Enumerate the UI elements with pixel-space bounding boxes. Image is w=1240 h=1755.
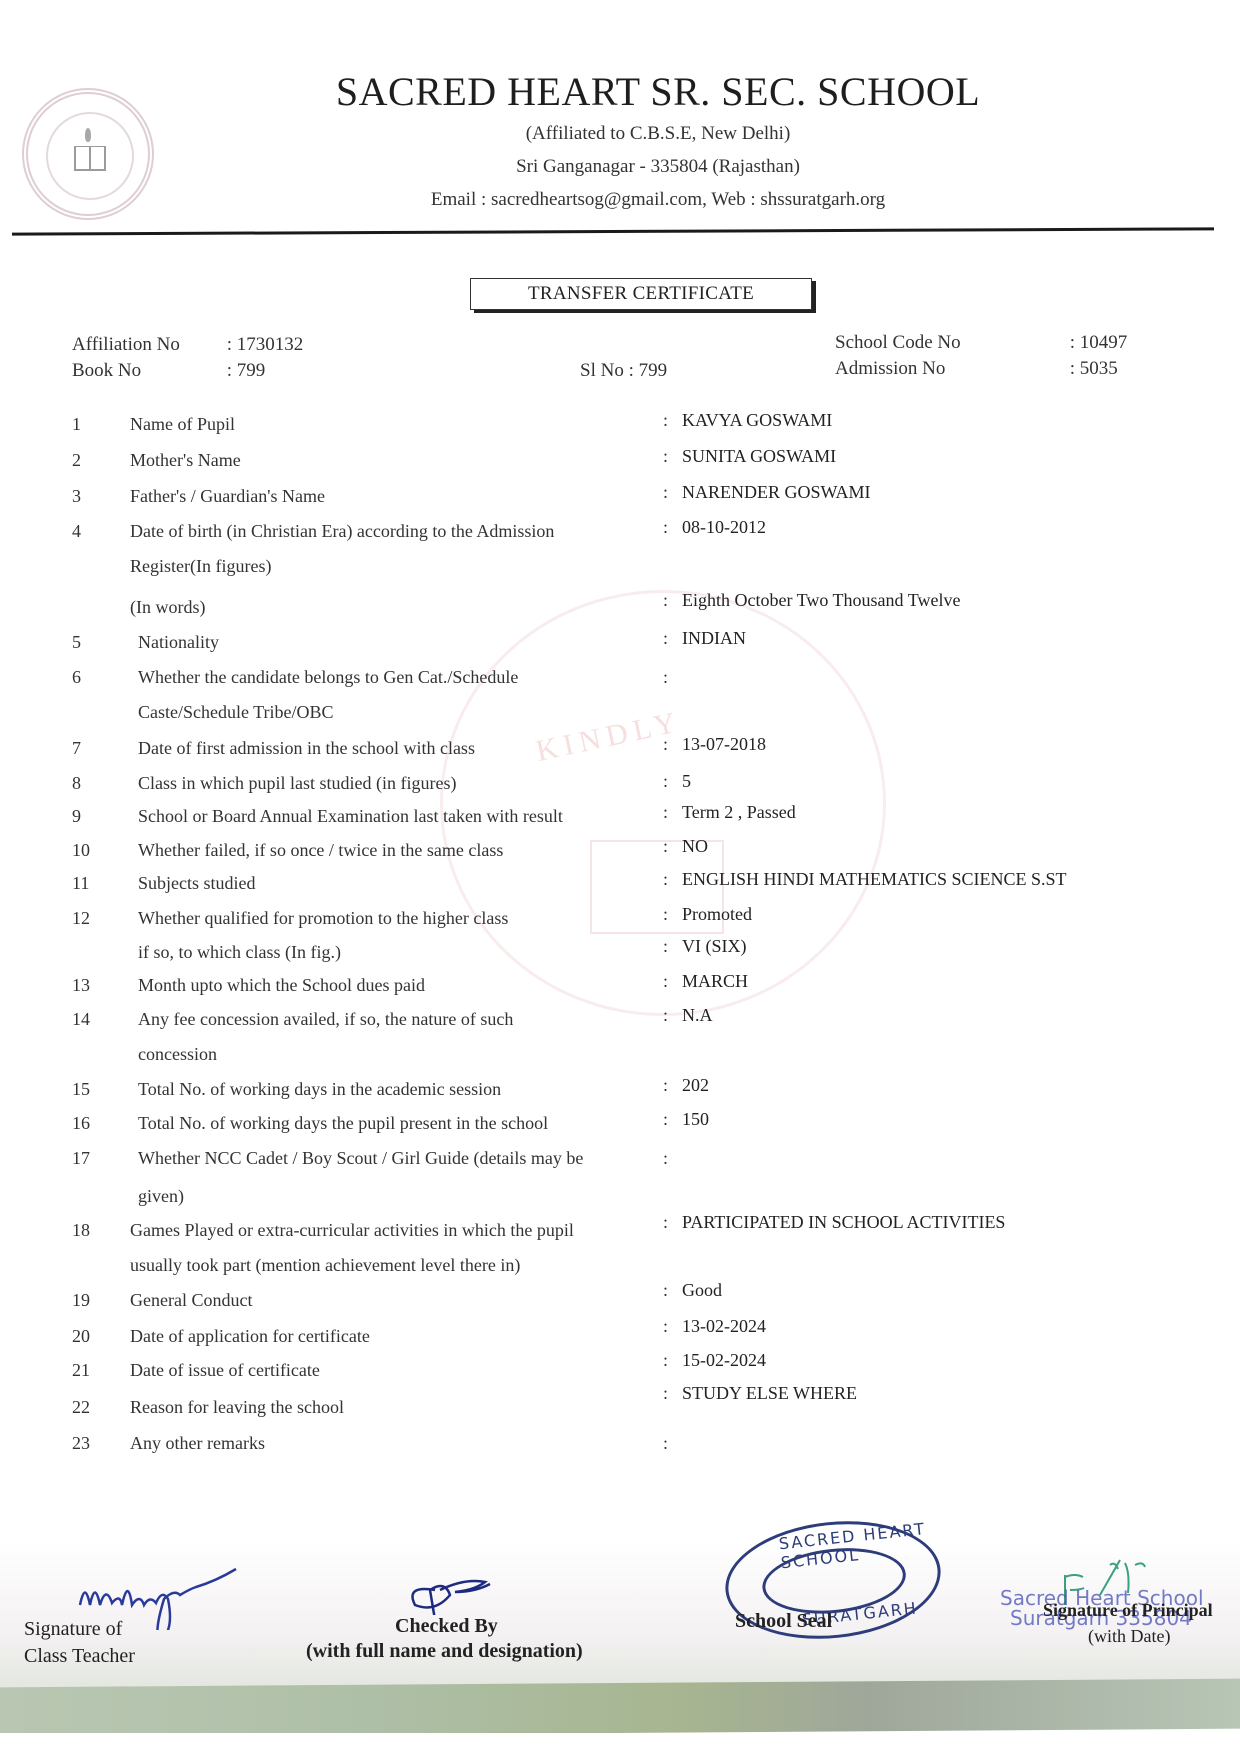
certificate-row: 13Month upto which the School dues paid:… xyxy=(0,975,1240,1005)
class-teacher-label-line1: Signature of xyxy=(24,1618,122,1641)
certificate-title: TRANSFER CERTIFICATE xyxy=(470,278,812,310)
certificate-row: 9School or Board Annual Examination last… xyxy=(0,806,1240,836)
row-value: Eighth October Two Thousand Twelve xyxy=(682,590,960,611)
row-label: Any fee concession availed, if so, the n… xyxy=(138,1009,513,1030)
certificate-row: 18Games Played or extra-curricular activ… xyxy=(0,1220,1240,1250)
certificate-row: 8Class in which pupil last studied (in f… xyxy=(0,773,1240,803)
row-colon: : xyxy=(663,971,668,992)
school-code-label: School Code No xyxy=(835,332,1065,354)
row-value: KAVYA GOSWAMI xyxy=(682,410,832,431)
certificate-row: 20Date of application for certificate:13… xyxy=(0,1326,1240,1356)
row-value: 13-02-2024 xyxy=(682,1316,766,1337)
row-value: SUNITA GOSWAMI xyxy=(682,446,836,467)
certificate-row: 19General Conduct:Good xyxy=(0,1290,1240,1320)
row-value: INDIAN xyxy=(682,628,746,649)
certificate-row: 10Whether failed, if so once / twice in … xyxy=(0,840,1240,870)
row-number: 5 xyxy=(72,632,102,653)
row-value: Promoted xyxy=(682,904,752,925)
certificate-row: 11Subjects studied:ENGLISH HINDI MATHEMA… xyxy=(0,873,1240,903)
row-colon: : xyxy=(663,904,668,925)
row-value: STUDY ELSE WHERE xyxy=(682,1383,857,1404)
row-colon: : xyxy=(663,628,668,649)
row-number: 1 xyxy=(72,414,102,435)
affiliation-no-label: Affiliation No xyxy=(72,334,222,356)
row-label: Games Played or extra-curricular activit… xyxy=(130,1220,574,1241)
row-label: if so, to which class (In fig.) xyxy=(138,942,341,963)
row-label: Reason for leaving the school xyxy=(130,1397,344,1418)
bottom-margin xyxy=(0,1733,1240,1755)
row-value: 202 xyxy=(682,1075,709,1096)
row-colon: : xyxy=(663,590,668,611)
row-value: MARCH xyxy=(682,971,748,992)
row-number: 7 xyxy=(72,738,102,759)
book-no-label: Book No xyxy=(72,360,222,382)
row-label: Subjects studied xyxy=(138,873,256,894)
row-label: Whether qualified for promotion to the h… xyxy=(138,908,508,929)
row-number: 3 xyxy=(72,486,102,507)
affiliation-no-value: : 1730132 xyxy=(227,334,304,356)
row-value: ENGLISH HINDI MATHEMATICS SCIENCE S.ST xyxy=(682,869,1067,890)
row-colon: : xyxy=(663,1433,668,1454)
row-value: 13-07-2018 xyxy=(682,734,766,755)
address-line: Sri Ganganagar - 335804 (Rajasthan) xyxy=(38,156,1240,178)
sl-no: Sl No : 799 xyxy=(580,360,667,382)
row-number: 19 xyxy=(72,1290,102,1311)
row-label: Month upto which the School dues paid xyxy=(138,975,425,996)
row-value: N.A xyxy=(682,1005,713,1026)
row-colon: : xyxy=(663,1212,668,1233)
row-label: Whether the candidate belongs to Gen Cat… xyxy=(138,667,518,688)
checked-by-label: Checked By xyxy=(395,1615,498,1638)
certificate-row: 5Nationality:INDIAN xyxy=(0,632,1240,662)
principal-signature-label: Signature of Principal xyxy=(1043,1600,1213,1621)
row-colon: : xyxy=(663,1350,668,1371)
row-value: 150 xyxy=(682,1109,709,1130)
row-number: 10 xyxy=(72,840,102,861)
row-number: 8 xyxy=(72,773,102,794)
row-colon: : xyxy=(663,1316,668,1337)
certificate-row: if so, to which class (In fig.):VI (SIX) xyxy=(0,942,1240,972)
row-colon: : xyxy=(663,667,668,688)
row-colon: : xyxy=(663,1109,668,1130)
row-number: 2 xyxy=(72,450,102,471)
certificate-row: 17Whether NCC Cadet / Boy Scout / Girl G… xyxy=(0,1148,1240,1178)
row-number: 20 xyxy=(72,1326,102,1347)
school-seal-label: School Seal xyxy=(735,1610,832,1633)
certificate-row: 3Father's / Guardian's Name:NARENDER GOS… xyxy=(0,486,1240,516)
row-colon: : xyxy=(663,1383,668,1404)
school-code-no: School Code No : 10497 xyxy=(835,332,1127,354)
book-no: Book No : 799 xyxy=(72,360,265,382)
row-label-continued: usually took part (mention achievement l… xyxy=(130,1255,520,1276)
affiliation-no: Affiliation No : 1730132 xyxy=(72,334,303,356)
row-label-continued: given) xyxy=(138,1186,184,1207)
row-label: Date of issue of certificate xyxy=(130,1360,320,1381)
row-colon: : xyxy=(663,869,668,890)
row-label: Name of Pupil xyxy=(130,414,235,435)
admission-no-value: : 5035 xyxy=(1070,358,1118,380)
row-number: 9 xyxy=(72,806,102,827)
row-number: 12 xyxy=(72,908,102,929)
certificate-row: 12Whether qualified for promotion to the… xyxy=(0,908,1240,938)
row-label: Any other remarks xyxy=(130,1433,265,1454)
row-colon: : xyxy=(663,936,668,957)
contact-line: Email : sacredheartsog@gmail.com, Web : … xyxy=(38,189,1240,211)
row-number: 11 xyxy=(72,873,102,894)
row-label: Date of application for certificate xyxy=(130,1326,370,1347)
certificate-row: 6Whether the candidate belongs to Gen Ca… xyxy=(0,667,1240,697)
row-value: NARENDER GOSWAMI xyxy=(682,482,871,503)
transfer-certificate-page: KINDLY SACRED HEART SR. SEC. SCHOOL (Aff… xyxy=(0,0,1240,1755)
certificate-row: 21Date of issue of certificate:15-02-202… xyxy=(0,1360,1240,1390)
row-value: PARTICIPATED IN SCHOOL ACTIVITIES xyxy=(682,1212,1005,1233)
certificate-row: 4Date of birth (in Christian Era) accord… xyxy=(0,521,1240,551)
row-value: 08-10-2012 xyxy=(682,517,766,538)
certificate-row: 15Total No. of working days in the acade… xyxy=(0,1079,1240,1109)
header-divider xyxy=(12,227,1214,235)
row-colon: : xyxy=(663,734,668,755)
row-number: 17 xyxy=(72,1148,102,1169)
row-colon: : xyxy=(663,1005,668,1026)
row-label-continued: Register(In figures) xyxy=(130,556,271,577)
row-value: VI (SIX) xyxy=(682,936,747,957)
seal-top-text: SACRED HEART SCHOOL xyxy=(778,1518,936,1572)
school-name: SACRED HEART SR. SEC. SCHOOL xyxy=(38,68,1240,115)
row-label: Total No. of working days the pupil pres… xyxy=(138,1113,548,1134)
row-colon: : xyxy=(663,482,668,503)
certificate-row: 16Total No. of working days the pupil pr… xyxy=(0,1113,1240,1143)
row-colon: : xyxy=(663,1148,668,1169)
row-value: 15-02-2024 xyxy=(682,1350,766,1371)
row-label: Whether failed, if so once / twice in th… xyxy=(138,840,503,861)
row-value: NO xyxy=(682,836,708,857)
row-colon: : xyxy=(663,1075,668,1096)
background-surface xyxy=(0,1679,1240,1738)
row-colon: : xyxy=(663,836,668,857)
row-number: 22 xyxy=(72,1397,102,1418)
row-number: 23 xyxy=(72,1433,102,1454)
certificate-row: 7Date of first admission in the school w… xyxy=(0,738,1240,768)
row-label: Mother's Name xyxy=(130,450,241,471)
row-value: Term 2 , Passed xyxy=(682,802,796,823)
row-value: Good xyxy=(682,1280,722,1301)
row-label-continued: concession xyxy=(138,1044,217,1065)
row-number: 4 xyxy=(72,521,102,542)
certificate-row: 22Reason for leaving the school:STUDY EL… xyxy=(0,1397,1240,1427)
row-number: 16 xyxy=(72,1113,102,1134)
principal-signature-note: (with Date) xyxy=(1088,1626,1170,1647)
row-colon: : xyxy=(663,446,668,467)
row-label: (In words) xyxy=(130,597,205,618)
row-label: Date of first admission in the school wi… xyxy=(138,738,475,759)
row-colon: : xyxy=(663,1280,668,1301)
row-number: 21 xyxy=(72,1360,102,1381)
checked-by-note: (with full name and designation) xyxy=(306,1640,583,1663)
admission-no: Admission No : 5035 xyxy=(835,358,1118,380)
row-label: General Conduct xyxy=(130,1290,252,1311)
admission-no-label: Admission No xyxy=(835,358,1065,380)
row-label-continued: Caste/Schedule Tribe/OBC xyxy=(138,702,334,723)
certificate-row: 1Name of Pupil:KAVYA GOSWAMI xyxy=(0,414,1240,444)
certificate-row: 14Any fee concession availed, if so, the… xyxy=(0,1009,1240,1039)
row-label: Class in which pupil last studied (in fi… xyxy=(138,773,456,794)
row-number: 14 xyxy=(72,1009,102,1030)
row-label: Father's / Guardian's Name xyxy=(130,486,325,507)
row-value: 5 xyxy=(682,771,691,792)
row-label: Nationality xyxy=(138,632,219,653)
row-label: Total No. of working days in the academi… xyxy=(138,1079,501,1100)
row-colon: : xyxy=(663,771,668,792)
school-code-value: : 10497 xyxy=(1070,332,1128,354)
row-label: Whether NCC Cadet / Boy Scout / Girl Gui… xyxy=(138,1148,583,1169)
row-number: 18 xyxy=(72,1220,102,1241)
book-no-value: : 799 xyxy=(227,360,266,382)
row-number: 13 xyxy=(72,975,102,996)
affiliation-line: (Affiliated to C.B.S.E, New Delhi) xyxy=(38,123,1240,145)
class-teacher-label-line2: Class Teacher xyxy=(24,1645,135,1668)
row-number: 15 xyxy=(72,1079,102,1100)
row-colon: : xyxy=(663,802,668,823)
row-colon: : xyxy=(663,410,668,431)
row-number: 6 xyxy=(72,667,102,688)
row-colon: : xyxy=(663,517,668,538)
row-label: Date of birth (in Christian Era) accordi… xyxy=(130,521,554,542)
certificate-row: 2Mother's Name:SUNITA GOSWAMI xyxy=(0,450,1240,480)
row-label: School or Board Annual Examination last … xyxy=(138,806,563,827)
certificate-row: 23Any other remarks: xyxy=(0,1433,1240,1463)
certificate-row: (In words):Eighth October Two Thousand T… xyxy=(0,597,1240,627)
checked-by-signature-icon xyxy=(400,1570,500,1615)
